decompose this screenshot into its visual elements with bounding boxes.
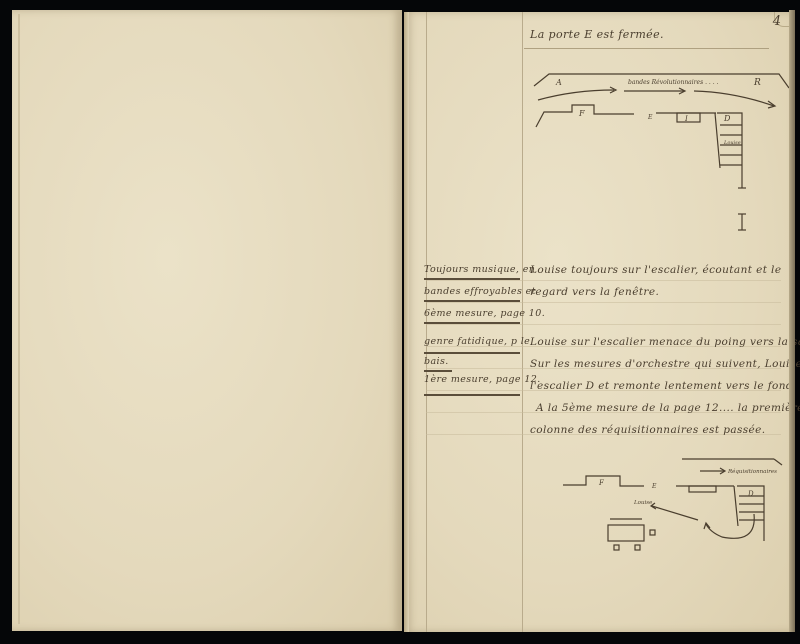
action-line: colonne des réquisitionnaires est passée… xyxy=(530,424,766,436)
banner-label: bandes Révolutionnaires . . . . xyxy=(628,79,719,86)
book-fore-edge xyxy=(789,10,795,632)
door-e: E xyxy=(647,114,653,121)
stage-diagram-top: A R bandes Révolutionnaires . . . . F E … xyxy=(524,70,794,190)
action-line: Sur les mesures d'orchestre qui suivent,… xyxy=(530,358,800,370)
page-edge xyxy=(18,14,20,624)
cue-underline xyxy=(424,394,520,396)
action-line: A la 5ème mesure de la page 12.... la pr… xyxy=(536,402,800,414)
cue-line: bandes effroyables et xyxy=(424,286,536,297)
door-e: E xyxy=(651,483,657,490)
cue-line: bais. xyxy=(424,356,449,367)
door-f: F xyxy=(598,479,605,487)
cue-line: 1ère mesure, page 12. xyxy=(424,374,541,385)
ruled-line xyxy=(426,324,781,325)
page-heading: La porte E est fermée. xyxy=(530,28,664,41)
right-page: 4 La porte E est fermée. A R bandes Révo… xyxy=(404,12,789,632)
stage-diagram-bottom: Réquisitionnaires F E D Louise xyxy=(552,452,792,562)
cue-line: Toujours musique, en xyxy=(424,264,535,275)
action-line: l'escalier D et remonte lentement vers l… xyxy=(530,380,793,392)
cue-underline xyxy=(424,300,520,302)
margin-line-cue-column xyxy=(522,12,523,632)
banner-requisitionnaires: Réquisitionnaires xyxy=(727,468,777,475)
marker-r: R xyxy=(753,78,761,88)
action-line: Louise toujours sur l'escalier, écoutant… xyxy=(530,264,781,276)
cue-underline xyxy=(424,370,452,372)
person-louise: Louise xyxy=(633,500,653,506)
cue-underline xyxy=(424,322,520,324)
action-line: Louise sur l'escalier menace du poing ve… xyxy=(530,336,800,348)
left-page xyxy=(12,10,402,631)
door-f: F xyxy=(578,109,585,118)
page-number: 4 xyxy=(773,14,781,29)
heading-rule xyxy=(524,48,769,49)
box-i: I xyxy=(684,115,688,123)
cue-underline xyxy=(424,278,520,280)
book-spine xyxy=(404,12,409,632)
ruled-line xyxy=(426,302,781,303)
marker-a: A xyxy=(555,78,562,87)
person-louise: Louise xyxy=(723,140,741,146)
stair-d: D xyxy=(747,490,754,498)
stair-d: D xyxy=(723,114,731,123)
cue-underline xyxy=(424,352,520,354)
action-line: regard vers la fenêtre. xyxy=(530,286,659,298)
cue-line: 6ème mesure, page 10. xyxy=(424,308,545,319)
cue-line: genre fatidique, p le xyxy=(424,336,530,347)
ruled-line xyxy=(426,280,781,281)
